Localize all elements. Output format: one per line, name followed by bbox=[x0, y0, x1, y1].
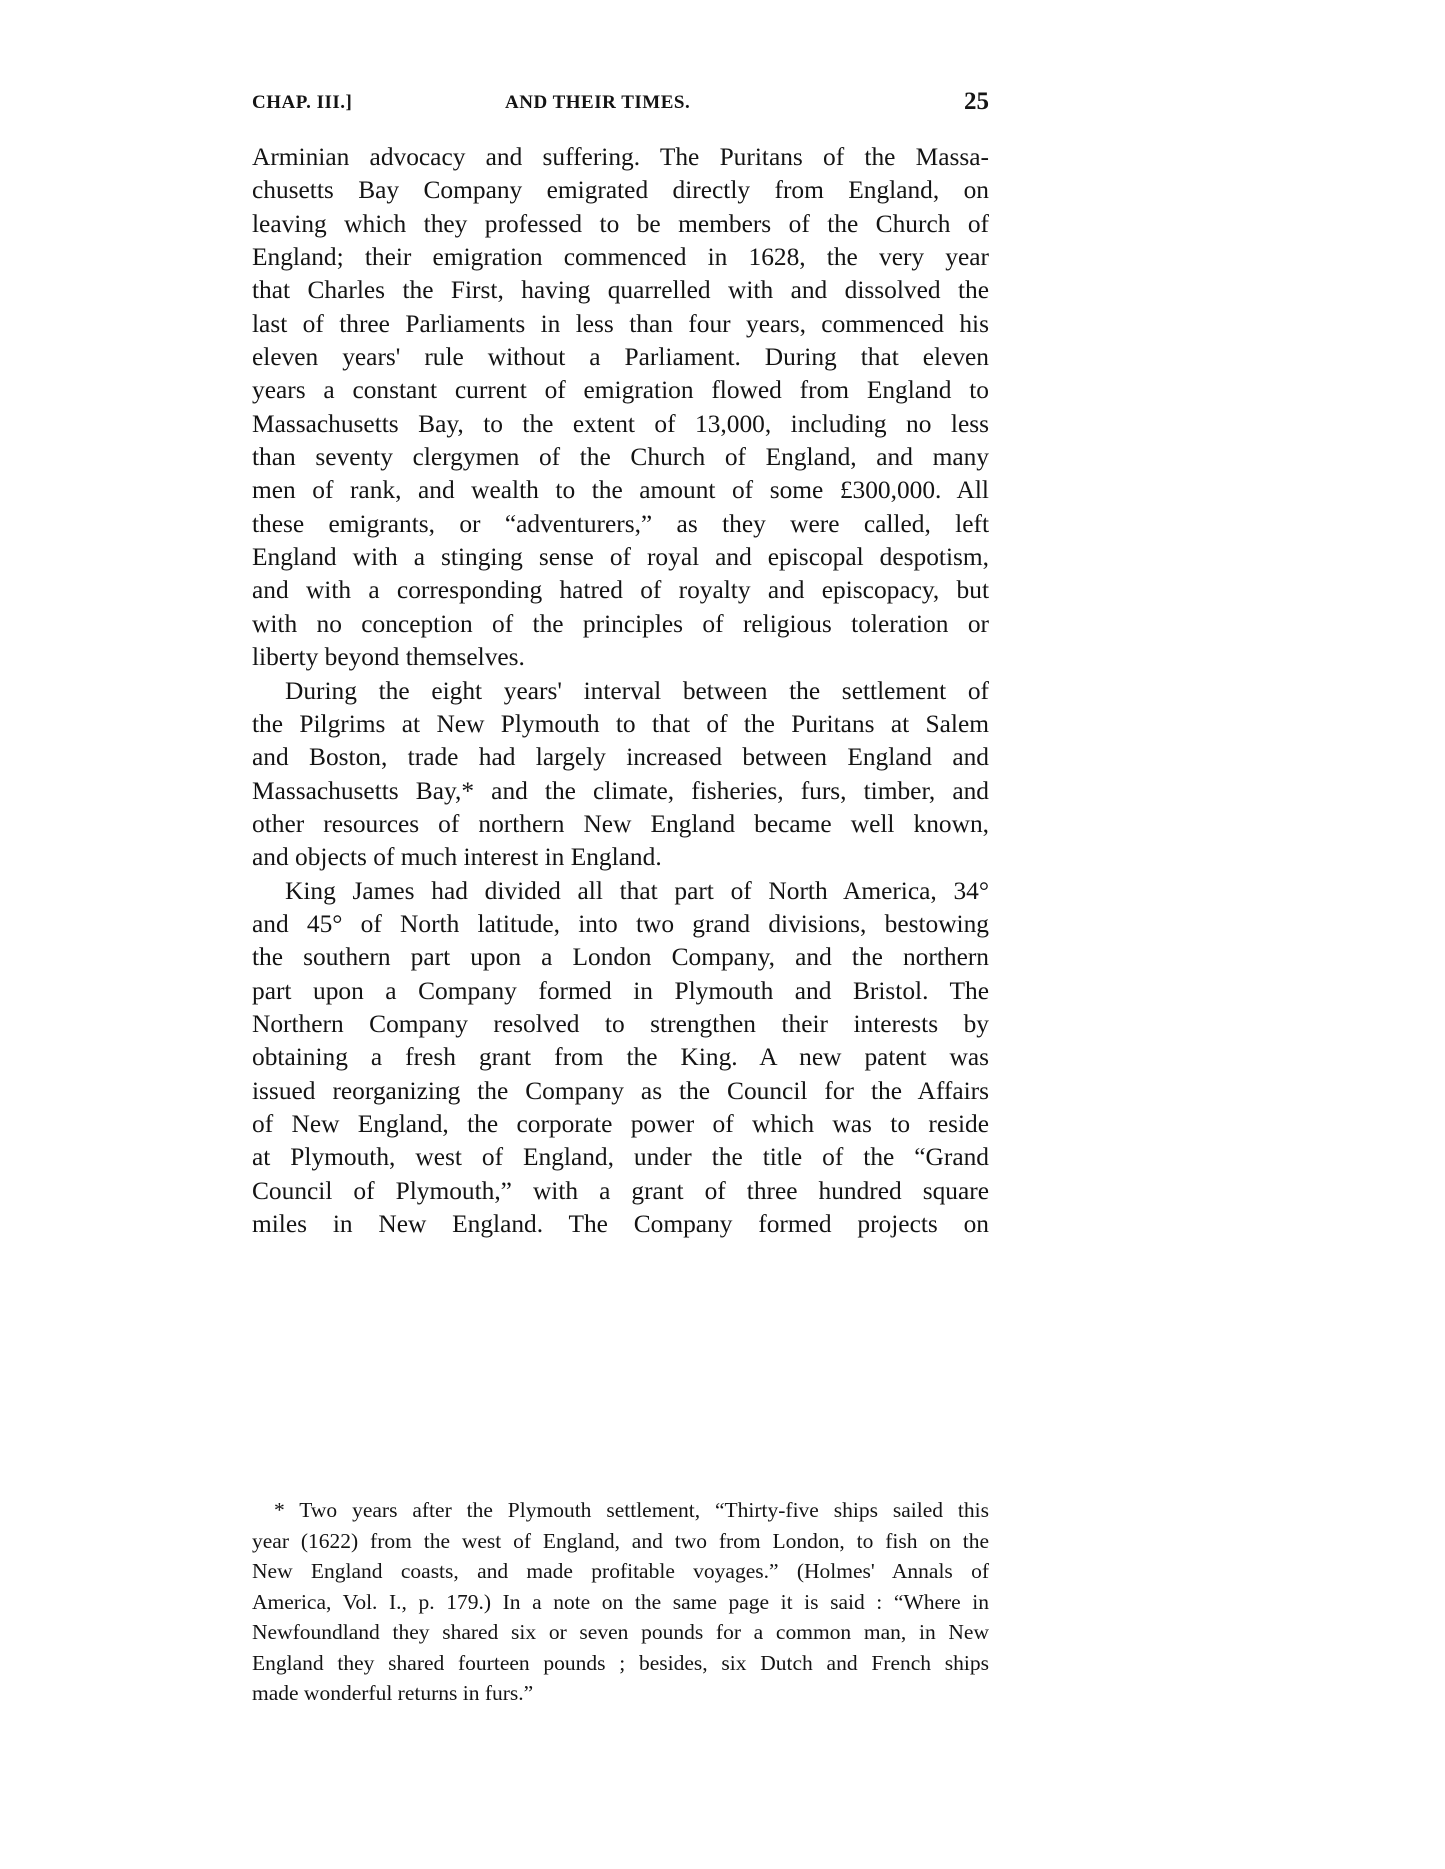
text-line: last of three Parliaments in less than f… bbox=[252, 308, 989, 341]
text-line: During the eight years' interval between… bbox=[252, 675, 989, 708]
footnote-line: England they shared fourteen pounds ; be… bbox=[252, 1648, 989, 1679]
text-line: leaving which they professed to be membe… bbox=[252, 208, 989, 241]
text-line: part upon a Company formed in Plymouth a… bbox=[252, 975, 989, 1008]
footnote-line: * Two years after the Plymouth settlemen… bbox=[252, 1495, 989, 1526]
text-line: and 45° of North latitude, into two gran… bbox=[252, 908, 989, 941]
text-line: Northern Company resolved to strengthen … bbox=[252, 1008, 989, 1041]
text-line: Massachusetts Bay,* and the climate, fis… bbox=[252, 775, 989, 808]
text-line: that Charles the First, having quarrelle… bbox=[252, 274, 989, 307]
running-title: AND THEIR TIMES. bbox=[505, 92, 690, 114]
footnote-line: America, Vol. I., p. 179.) In a note on … bbox=[252, 1587, 989, 1618]
paragraph-1: Arminian advocacy and suffering. The Pur… bbox=[252, 141, 989, 675]
paragraph-2: During the eight years' interval between… bbox=[252, 675, 989, 875]
text-line: England with a stinging sense of royal a… bbox=[252, 541, 989, 574]
text-line: the southern part upon a London Company,… bbox=[252, 941, 989, 974]
text-line: than seventy clergymen of the Church of … bbox=[252, 441, 989, 474]
chapter-label: CHAP. III.] bbox=[252, 92, 352, 114]
text-line: obtaining a fresh grant from the King. A… bbox=[252, 1041, 989, 1074]
text-line: of New England, the corporate power of w… bbox=[252, 1108, 989, 1141]
text-line: at Plymouth, west of England, under the … bbox=[252, 1141, 989, 1174]
footnote-line: made wonderful returns in furs.” bbox=[252, 1678, 989, 1709]
text-line: these emigrants, or “adventurers,” as th… bbox=[252, 508, 989, 541]
text-line: and Boston, trade had largely increased … bbox=[252, 741, 989, 774]
text-line: liberty beyond themselves. bbox=[252, 641, 989, 674]
paragraph-3: King James had divided all that part of … bbox=[252, 875, 989, 1242]
page-number: 25 bbox=[964, 88, 989, 116]
footnote: * Two years after the Plymouth settlemen… bbox=[252, 1495, 989, 1709]
footnote-line: year (1622) from the west of England, an… bbox=[252, 1526, 989, 1557]
text-line: Massachusetts Bay, to the extent of 13,0… bbox=[252, 408, 989, 441]
footnote-line: New England coasts, and made profitable … bbox=[252, 1556, 989, 1587]
text-line: miles in New England. The Company formed… bbox=[252, 1208, 989, 1241]
text-line: issued reorganizing the Company as the C… bbox=[252, 1075, 989, 1108]
body-text: Arminian advocacy and suffering. The Pur… bbox=[252, 141, 989, 1241]
running-head: CHAP. III.] AND THEIR TIMES. 25 bbox=[252, 92, 989, 122]
footnote-line: Newfoundland they shared six or seven po… bbox=[252, 1617, 989, 1648]
text-line: other resources of northern New England … bbox=[252, 808, 989, 841]
text-line: chusetts Bay Company emigrated directly … bbox=[252, 174, 989, 207]
text-line: the Pilgrims at New Plymouth to that of … bbox=[252, 708, 989, 741]
text-line: with no conception of the principles of … bbox=[252, 608, 989, 641]
book-page: CHAP. III.] AND THEIR TIMES. 25 Arminian… bbox=[0, 0, 1445, 1869]
text-line: Council of Plymouth,” with a grant of th… bbox=[252, 1175, 989, 1208]
text-line: and with a corresponding hatred of royal… bbox=[252, 574, 989, 607]
text-line: King James had divided all that part of … bbox=[252, 875, 989, 908]
text-line: and objects of much interest in England. bbox=[252, 841, 989, 874]
text-line: men of rank, and wealth to the amount of… bbox=[252, 474, 989, 507]
text-line: Arminian advocacy and suffering. The Pur… bbox=[252, 141, 989, 174]
text-line: eleven years' rule without a Parliament.… bbox=[252, 341, 989, 374]
text-line: England; their emigration commenced in 1… bbox=[252, 241, 989, 274]
text-line: years a constant current of emigration f… bbox=[252, 374, 989, 407]
